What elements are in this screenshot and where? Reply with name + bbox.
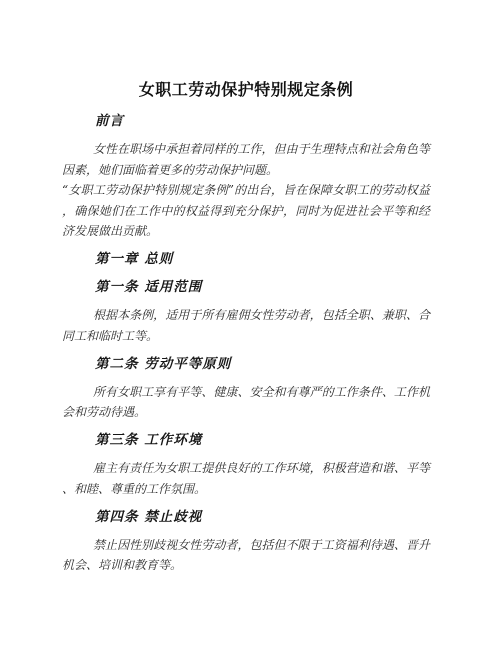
paragraph-preface-2: “女职工劳动保护特别规定条例”的出台，旨在保障女职工的劳动权益，确保她们在工作中…	[62, 180, 430, 242]
paragraph-article-3: 雇主有责任为女职工提供良好的工作环境，积极营造和谐、平等、和睦、尊重的工作氛围。	[62, 458, 430, 499]
heading-chapter-1: 第一章 总则	[62, 249, 430, 270]
document-page: 女职工劳动保护特别规定条例 前言 女性在职场中承担着同样的工作，但由于生理特点和…	[0, 0, 500, 647]
document-body: 女职工劳动保护特别规定条例 前言 女性在职场中承担着同样的工作，但由于生理特点和…	[0, 0, 500, 576]
paragraph-preface-1: 女性在职场中承担着同样的工作，但由于生理特点和社会角色等因素，她们面临着更多的劳…	[62, 139, 430, 180]
heading-article-3: 第三条 工作环境	[62, 430, 430, 451]
paragraph-article-1: 根据本条例，适用于所有雇佣女性劳动者，包括全职、兼职、合同工和临时工等。	[62, 305, 430, 346]
paragraph-article-4: 禁止因性别歧视女性劳动者，包括但不限于工资福利待遇、晋升机会、培训和教育等。	[62, 535, 430, 576]
paragraph-article-2: 所有女职工享有平等、健康、安全和有尊严的工作条件、工作机会和劳动待遇。	[62, 382, 430, 423]
heading-preface: 前言	[62, 111, 430, 132]
heading-article-2: 第二条 劳动平等原则	[62, 354, 430, 375]
heading-article-1: 第一条 适用范围	[62, 277, 430, 298]
heading-article-4: 第四条 禁止歧视	[62, 507, 430, 528]
document-title: 女职工劳动保护特别规定条例	[62, 78, 430, 102]
